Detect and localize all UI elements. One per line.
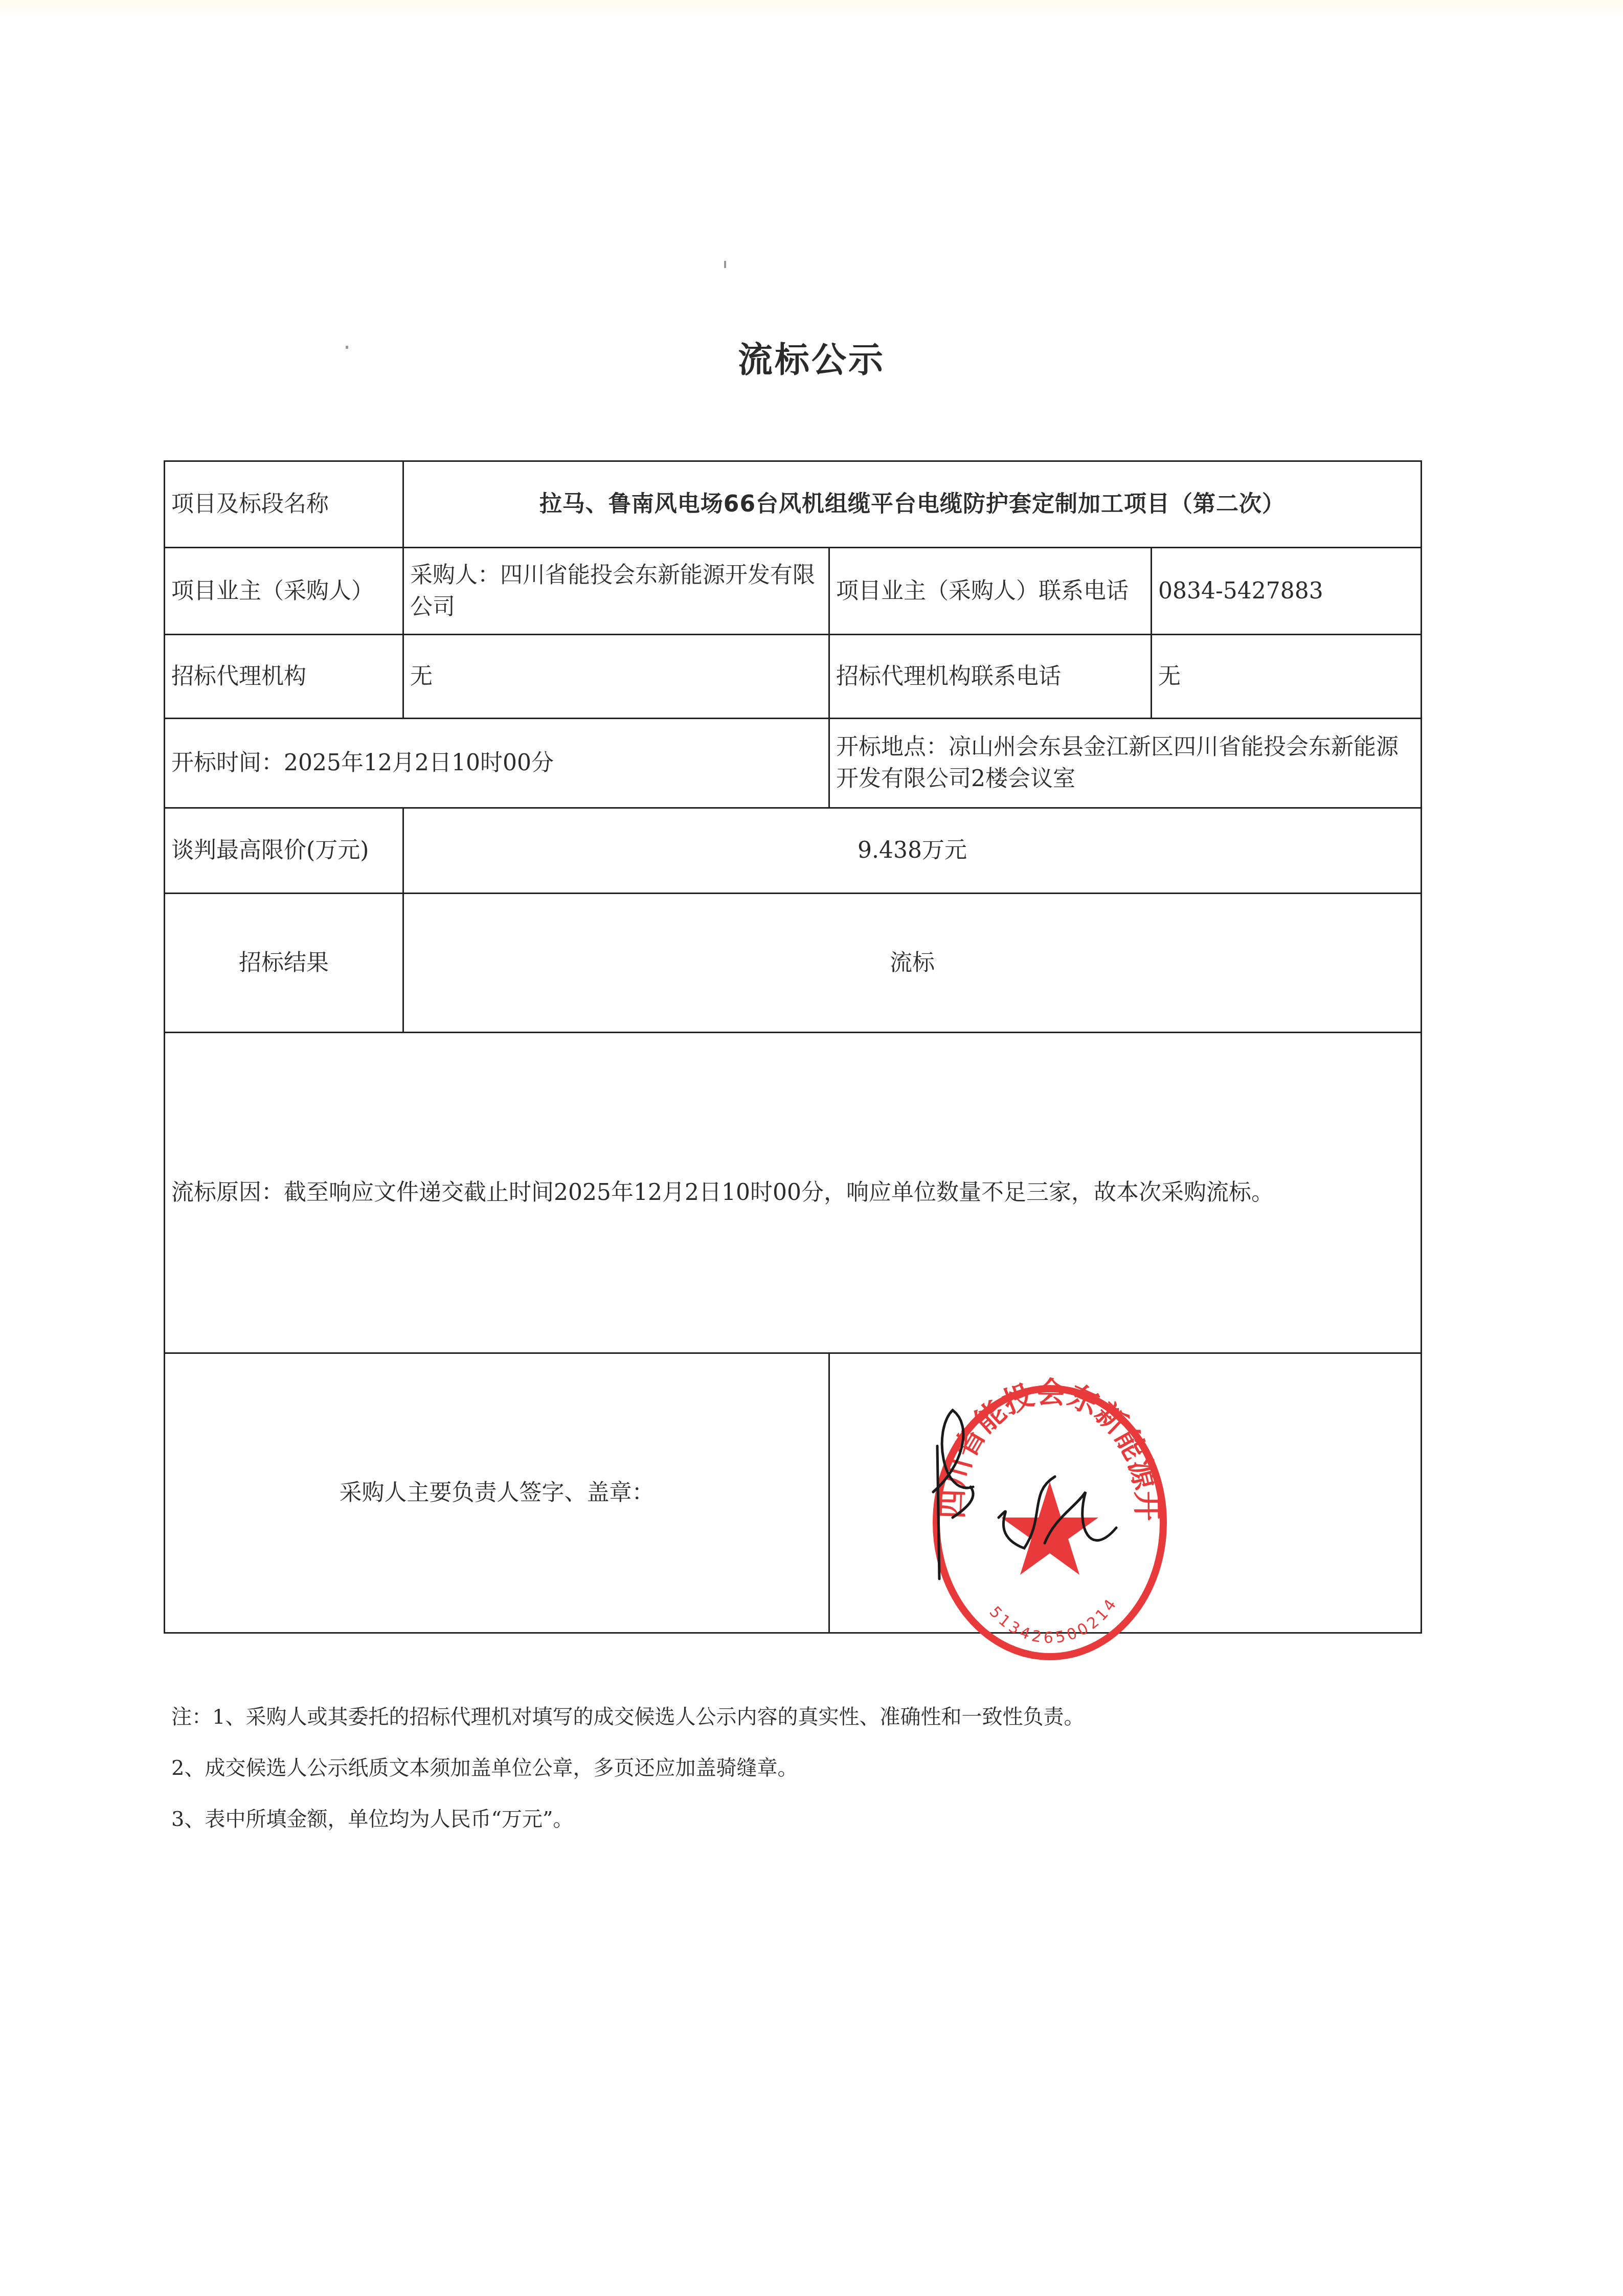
note-2: 2、成交候选人公示纸质文本须加盖单位公章，多页还应加盖骑缝章。 <box>171 1757 1084 1779</box>
row-max-price: 谈判最高限价(万元) 9.438万元 <box>165 808 1422 894</box>
row-owner: 项目业主（采购人） 采购人：四川省能投会东新能源开发有限公司 项目业主（采购人）… <box>165 548 1422 635</box>
result-value: 流标 <box>403 894 1422 1033</box>
svg-text:5134265002147: 5134265002147 <box>922 1364 1122 1647</box>
handwritten-signature <box>933 1410 1116 1579</box>
seal-stamp-icon: 四川省能投会东新能源开发有限公司 5134265002147 <box>922 1364 1178 1671</box>
failure-reason: 流标原因：截至响应文件递交截止时间2025年12月2日10时00分，响应单位数量… <box>165 1033 1422 1353</box>
seal-company-text: 四川省能投会东新能源开发有限公司 <box>922 1364 1164 1521</box>
official-seal: 四川省能投会东新能源开发有限公司 5134265002147 <box>922 1364 1178 1671</box>
owner-phone-value: 0834-5427883 <box>1152 548 1422 635</box>
row-signature: 采购人主要负责人签字、盖章： 四川省能投会东新能源开发有限公司 51342650… <box>165 1353 1422 1633</box>
row-agency: 招标代理机构 无 招标代理机构联系电话 无 <box>165 635 1422 719</box>
agency-phone-label: 招标代理机构联系电话 <box>829 635 1152 719</box>
project-label: 项目及标段名称 <box>165 461 403 548</box>
row-opening: 开标时间：2025年12月2日10时00分 开标地点：凉山州会东县金江新区四川省… <box>165 719 1422 808</box>
result-label: 招标结果 <box>165 894 403 1033</box>
row-project: 项目及标段名称 拉马、鲁南风电场66台风机组缆平台电缆防护套定制加工项目（第二次… <box>165 461 1422 548</box>
row-result: 招标结果 流标 <box>165 894 1422 1033</box>
note-1: 注：1、采购人或其委托的招标代理机对填写的成交候选人公示内容的真实性、准确性和一… <box>171 1706 1084 1728</box>
row-failure-reason: 流标原因：截至响应文件递交截止时间2025年12月2日10时00分，响应单位数量… <box>165 1033 1422 1353</box>
scan-speck <box>724 261 726 268</box>
owner-label: 项目业主（采购人） <box>165 548 403 635</box>
note-3: 3、表中所填金额，单位均为人民币“万元”。 <box>171 1808 1084 1831</box>
opening-place: 开标地点：凉山州会东县金江新区四川省能投会东新能源开发有限公司2楼会议室 <box>829 719 1422 808</box>
announcement-table: 项目及标段名称 拉马、鲁南风电场66台风机组缆平台电缆防护套定制加工项目（第二次… <box>164 460 1422 1634</box>
project-name: 拉马、鲁南风电场66台风机组缆平台电缆防护套定制加工项目（第二次） <box>403 461 1422 548</box>
agency-value: 无 <box>403 635 829 719</box>
agency-phone-value: 无 <box>1152 635 1422 719</box>
agency-label: 招标代理机构 <box>165 635 403 719</box>
document-title: 流标公示 <box>0 332 1623 382</box>
svg-text:四川省能投会东新能源开发有限公司: 四川省能投会东新能源开发有限公司 <box>922 1364 1164 1521</box>
scan-edge-tint <box>0 0 1623 20</box>
owner-value: 采购人：四川省能投会东新能源开发有限公司 <box>403 548 829 635</box>
opening-time: 开标时间：2025年12月2日10时00分 <box>165 719 829 808</box>
max-price-value: 9.438万元 <box>403 808 1422 894</box>
signature-seal-cell: 四川省能投会东新能源开发有限公司 5134265002147 <box>829 1353 1422 1633</box>
seal-code-text: 5134265002147 <box>922 1364 1122 1647</box>
notes-section: 注：1、采购人或其委托的招标代理机对填写的成交候选人公示内容的真实性、准确性和一… <box>171 1706 1084 1859</box>
signature-label: 采购人主要负责人签字、盖章： <box>165 1353 829 1633</box>
max-price-label: 谈判最高限价(万元) <box>165 808 403 894</box>
owner-phone-label: 项目业主（采购人）联系电话 <box>829 548 1152 635</box>
